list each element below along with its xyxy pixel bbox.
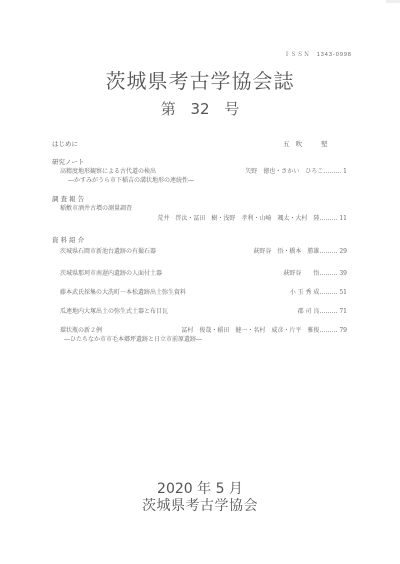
entry-author-page: 郡 司 良……… 71 bbox=[298, 306, 347, 315]
entry-page: 71 bbox=[339, 308, 347, 315]
intro-label: はじめに bbox=[52, 139, 78, 148]
entry-subtitle: ―ひたちなか市市毛本郷坪遺跡と日立市前原遺跡― bbox=[64, 334, 202, 343]
leader-dots: ……… bbox=[319, 215, 337, 222]
entry-authors: 萩野谷 悟・橋本 勝雄 bbox=[253, 248, 319, 255]
entry-author-page: 冨村 俊哉・稲田 健一・名村 威彦・片平 雅俊……… 79 bbox=[181, 325, 347, 334]
entry-title: 藤本武氏採集の大洗町一本松遺跡出土弥生資料 bbox=[60, 287, 186, 296]
entry-page: 1 bbox=[343, 168, 347, 175]
issn-label: ＩＳＳＮ 1343-0998 bbox=[284, 50, 352, 58]
toc-entry: 瓜連地内大塚出土の弥生式土器と布目瓦 郡 司 良……… 71 bbox=[0, 306, 400, 316]
section-heading-text: 研究ノート bbox=[52, 157, 84, 166]
entry-authors: 萩野谷 悟 bbox=[283, 270, 319, 277]
journal-title: 茨城県考古学協会誌 bbox=[0, 65, 400, 94]
entry-authors: 小 玉 秀 成 bbox=[290, 289, 320, 296]
section-heading-text: 調 査 報 告 bbox=[52, 194, 84, 203]
entry-page: 39 bbox=[339, 270, 347, 277]
entry-title: 茨城県石岡市新池台遺跡の有撮石器 bbox=[60, 246, 156, 255]
leader-dots: ……… bbox=[319, 308, 337, 315]
toc-entry: 稲敷市酒井古墳の測量調査 bbox=[0, 203, 400, 213]
section-heading-text: 資 料 紹 介 bbox=[52, 235, 84, 244]
leader-dots: ……… bbox=[319, 270, 337, 277]
entry-authors: 郡 司 良 bbox=[298, 308, 320, 315]
entry-author-page: 矢野 徳也・さかい ひろこ……… 1 bbox=[245, 166, 347, 175]
toc-entry: 茨城県那珂市南遅内遺跡の人面付土器 萩野谷 悟……… 39 bbox=[0, 268, 400, 278]
entry-title: 茨城県那珂市南遅内遺跡の人面付土器 bbox=[60, 268, 162, 277]
entry-author-page: 荒井 啓汰・冨田 樹・浅野 孝利・山崎 颯太・大村 陸……… 11 bbox=[157, 213, 347, 222]
toc-entry-subtitle: ―かすみがうら市下稲吉の溝状地形の連続性― bbox=[0, 175, 400, 185]
intro-author: 五 吹 堅 bbox=[283, 139, 330, 148]
scan-edge-mark bbox=[386, 0, 400, 3]
entry-page: 11 bbox=[339, 215, 347, 222]
entry-authors: 荒井 啓汰・冨田 樹・浅野 孝利・山崎 颯太・大村 陸 bbox=[157, 215, 319, 222]
leader-dots: ……… bbox=[319, 327, 337, 334]
entry-author-page: 萩野谷 悟……… 39 bbox=[283, 268, 347, 277]
entry-authors: 矢野 徳也・さかい ひろこ bbox=[245, 168, 323, 175]
publisher-name: 茨城県考古学協会 bbox=[0, 495, 400, 515]
entry-page: 29 bbox=[339, 248, 347, 255]
leader-dots: ……… bbox=[323, 168, 341, 175]
toc-intro: はじめに 五 吹 堅 bbox=[0, 139, 400, 149]
leader-dots: ……… bbox=[319, 248, 337, 255]
issue-number: 第 32 号 bbox=[0, 98, 400, 119]
entry-title: 瓜連地内大塚出土の弥生式土器と布目瓦 bbox=[60, 306, 168, 315]
entry-page: 79 bbox=[339, 327, 347, 334]
entry-title: 環状瓶の新２例 bbox=[60, 325, 102, 334]
entry-authors: 冨村 俊哉・稲田 健一・名村 威彦・片平 雅俊 bbox=[181, 327, 319, 334]
entry-subtitle: ―かすみがうら市下稲吉の溝状地形の連続性― bbox=[68, 175, 194, 184]
toc-entry-subtitle: ―ひたちなか市市毛本郷坪遺跡と日立市前原遺跡― bbox=[0, 334, 400, 344]
toc-entry-authors-line: 荒井 啓汰・冨田 樹・浅野 孝利・山崎 颯太・大村 陸……… 11 bbox=[0, 213, 400, 223]
toc-entry: 茨城県石岡市新池台遺跡の有撮石器 萩野谷 悟・橋本 勝雄……… 29 bbox=[0, 246, 400, 256]
entry-author-page: 小 玉 秀 成……… 51 bbox=[290, 287, 347, 296]
entry-title: 高精度地形観察による古代道の検出 bbox=[60, 166, 156, 175]
toc-entry: 藤本武氏採集の大洗町一本松遺跡出土弥生資料 小 玉 秀 成……… 51 bbox=[0, 287, 400, 297]
section-heading-material-intro: 資 料 紹 介 bbox=[0, 235, 400, 245]
entry-title: 稲敷市酒井古墳の測量調査 bbox=[60, 203, 132, 212]
leader-dots: ……… bbox=[319, 289, 337, 296]
entry-page: 51 bbox=[339, 289, 347, 296]
entry-author-page: 萩野谷 悟・橋本 勝雄……… 29 bbox=[253, 246, 347, 255]
